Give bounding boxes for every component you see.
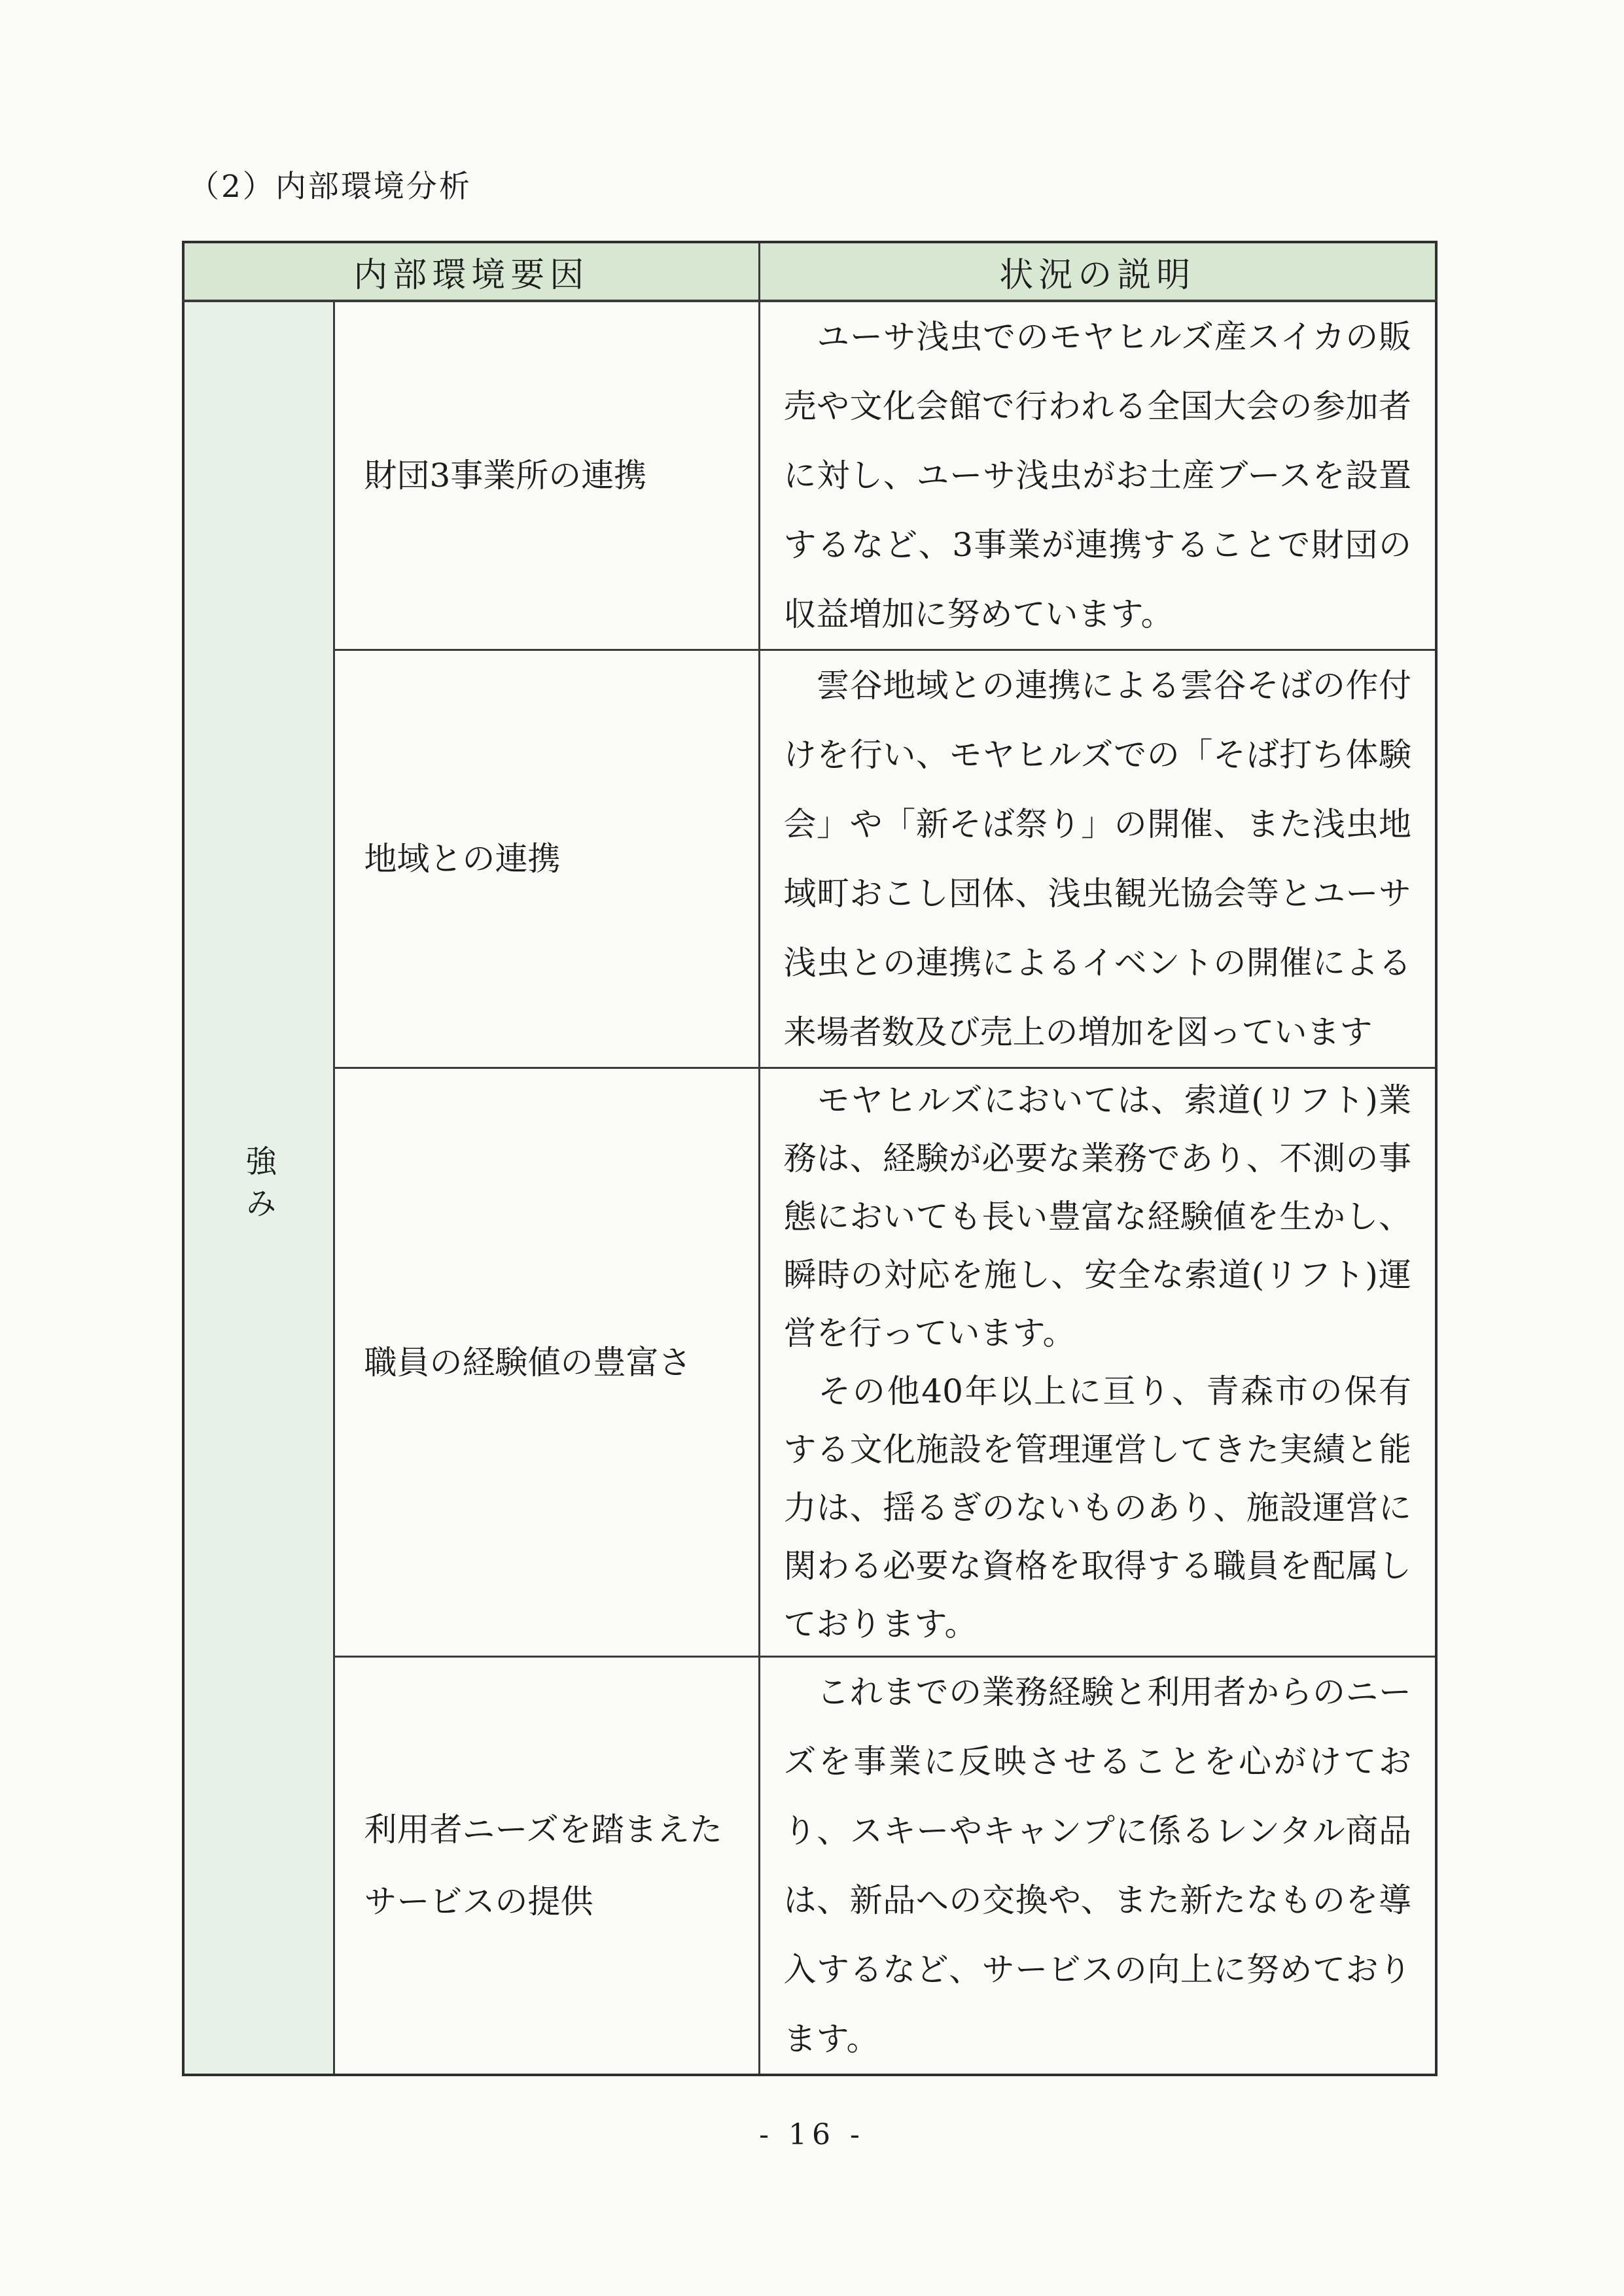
factor-cell-foundation-cooperation: 財団3事業所の連携 xyxy=(334,301,759,650)
column-header-internal-factor: 内部環境要因 xyxy=(183,242,759,301)
row-group-cell-strengths: 強み xyxy=(183,301,334,2075)
factor-cell-staff-experience: 職員の経験値の豊富さ xyxy=(334,1068,759,1657)
internal-environment-analysis-table: 内部環境要因 状況の説明 強み 財団3事業所の連携 ユーサ浅虫でのモヤヒルズ産ス… xyxy=(182,241,1438,2076)
description-cell: モヤヒルズにおいては、索道(リフト)業務は、経験が必要な業務であり、不測の事態に… xyxy=(759,1068,1436,1657)
table-row: 利用者ニーズを踏まえたサービスの提供 これまでの業務経験と利用者からのニーズを事… xyxy=(183,1657,1436,2076)
description-paragraph: 雲谷地域との連携による雲谷そばの作付けを行い、モヤヒルズでの「そば打ち体験会」や… xyxy=(784,651,1412,1067)
table-row: 職員の経験値の豊富さ モヤヒルズにおいては、索道(リフト)業務は、経験が必要な業… xyxy=(183,1068,1436,1657)
table-row: 地域との連携 雲谷地域との連携による雲谷そばの作付けを行い、モヤヒルズでの「そば… xyxy=(183,650,1436,1068)
description-paragraph: これまでの業務経験と利用者からのニーズを事業に反映させることを心がけており、スキ… xyxy=(784,1658,1412,2074)
description-paragraph: ユーサ浅虫でのモヤヒルズ産スイカの販売や文化会館で行われる全国大会の参加者に対し… xyxy=(784,302,1412,649)
table-row: 強み 財団3事業所の連携 ユーサ浅虫でのモヤヒルズ産スイカの販売や文化会館で行わ… xyxy=(183,301,1436,650)
section-title: （2）内部環境分析 xyxy=(188,162,472,206)
description-cell: 雲谷地域との連携による雲谷そばの作付けを行い、モヤヒルズでの「そば打ち体験会」や… xyxy=(759,650,1436,1068)
factor-cell-user-needs-service: 利用者ニーズを踏まえたサービスの提供 xyxy=(334,1657,759,2076)
factor-cell-regional-cooperation: 地域との連携 xyxy=(334,650,759,1068)
page-number: - 16 - xyxy=(0,2118,1624,2151)
table-header-row: 内部環境要因 状況の説明 xyxy=(183,242,1436,301)
description-paragraph: その他40年以上に亘り、青森市の保有する文化施設を管理運営してきた実績と能力は、… xyxy=(784,1363,1412,1654)
description-cell: これまでの業務経験と利用者からのニーズを事業に反映させることを心がけており、スキ… xyxy=(759,1657,1436,2076)
strengths-vertical-label: 強み xyxy=(236,1145,281,1228)
description-cell: ユーサ浅虫でのモヤヒルズ産スイカの販売や文化会館で行われる全国大会の参加者に対し… xyxy=(759,301,1436,650)
column-header-situation-description: 状況の説明 xyxy=(759,242,1436,301)
description-paragraph: モヤヒルズにおいては、索道(リフト)業務は、経験が必要な業務であり、不測の事態に… xyxy=(784,1071,1412,1363)
